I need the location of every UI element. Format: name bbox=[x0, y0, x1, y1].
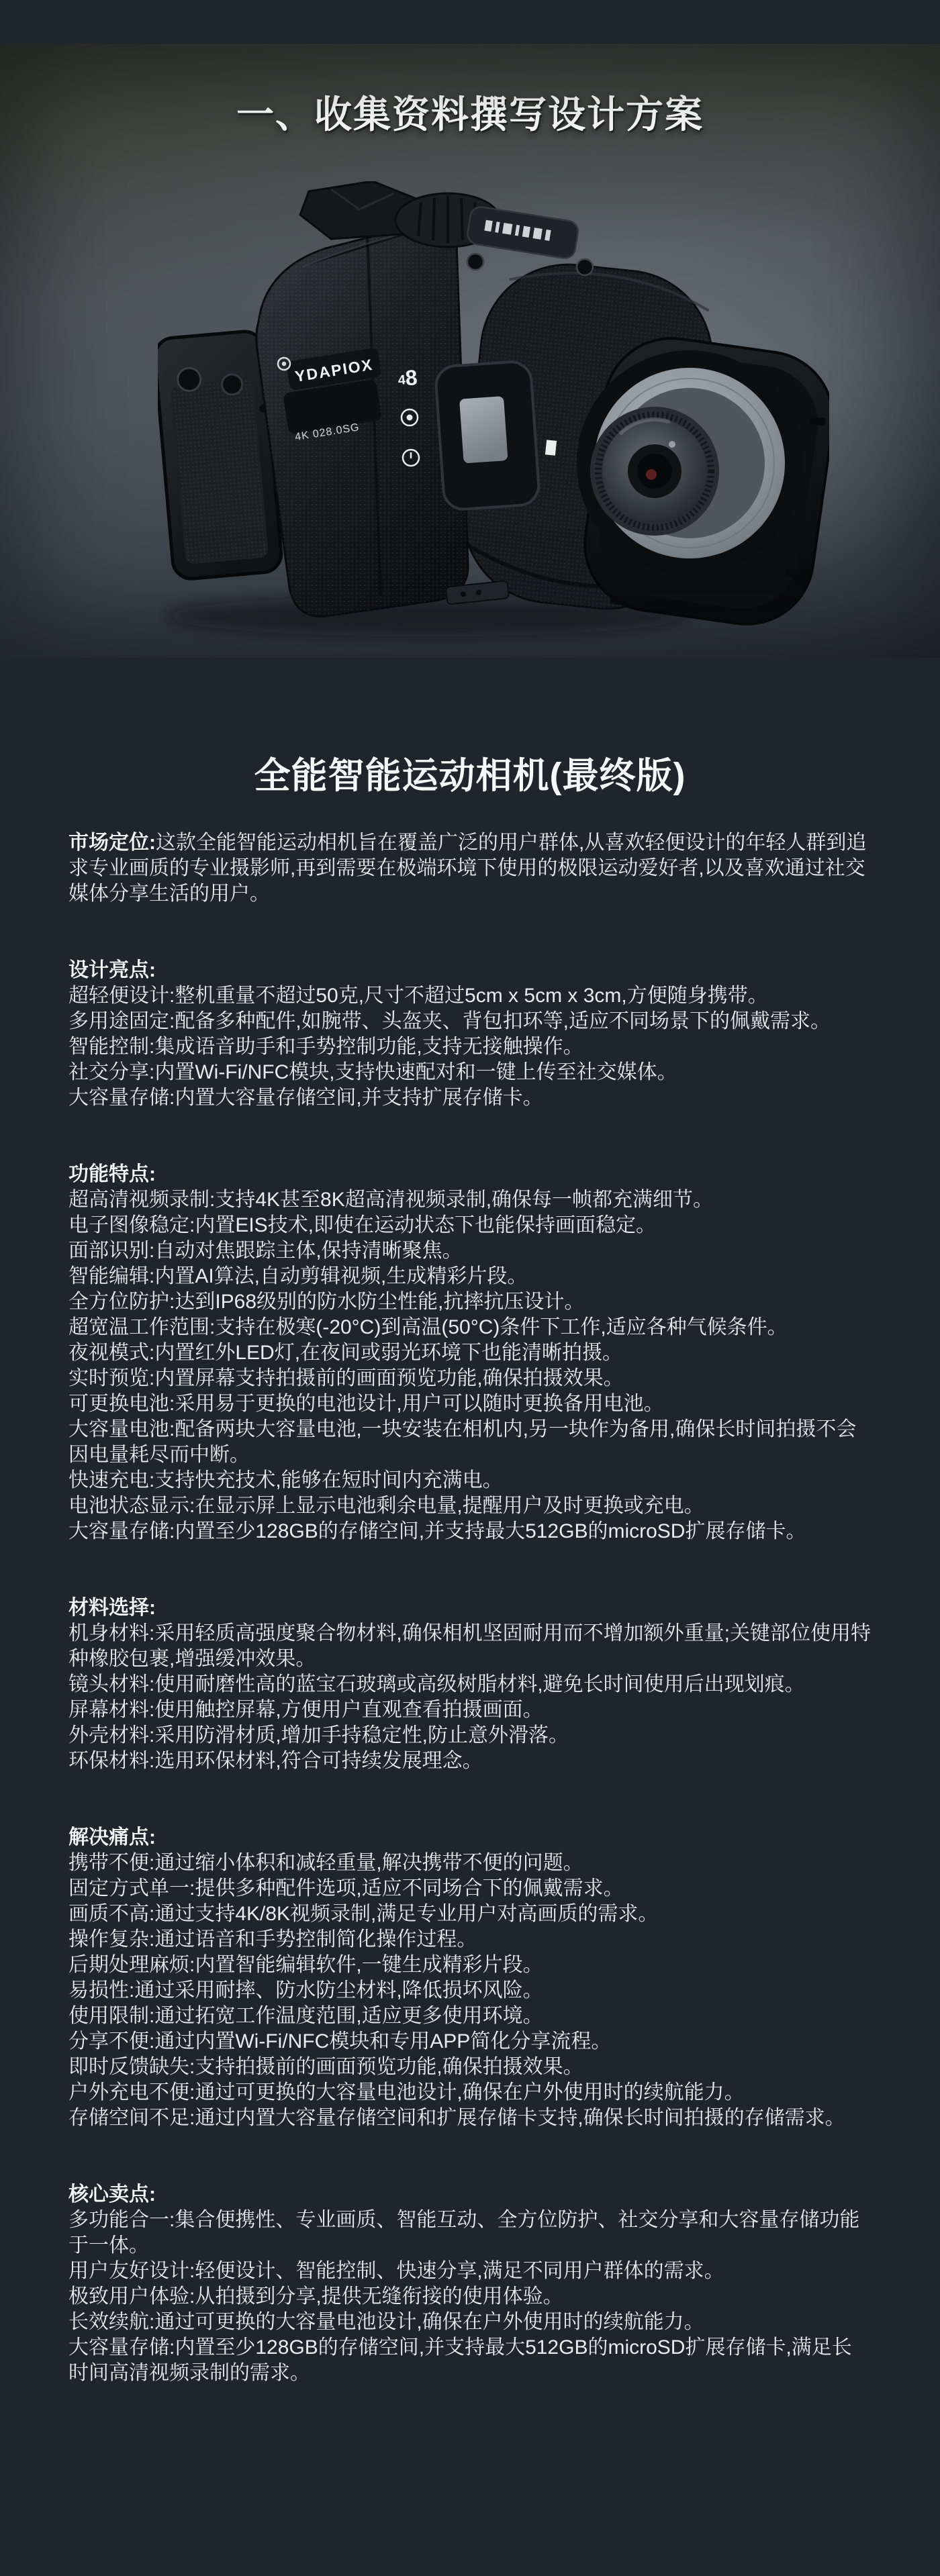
feature-item: 存储空间不足:通过内置大容量存储空间和扩展存储卡支持,确保长时间拍摄的存储需求。 bbox=[68, 2106, 872, 2131]
camera-illustration: YDAPIOX 4K 028.0SG 48 bbox=[158, 181, 829, 651]
feature-item: 易损性:通过采用耐摔、防水防尘材料,降低损坏风险。 bbox=[68, 1978, 872, 2003]
feature-item: 机身材料:采用轻质高强度聚合物材料,确保相机坚固耐用而不增加额外重量;关键部位使… bbox=[68, 1621, 872, 1672]
intro-paragraph: 市场定位:这款全能智能运动相机旨在覆盖广泛的用户群体,从喜欢轻便设计的年轻人群到… bbox=[68, 830, 872, 907]
feature-item: 画质不高:通过支持4K/8K视频录制,满足专业用户对高画质的需求。 bbox=[68, 1901, 872, 1927]
feature-item: 外壳材料:采用防滑材质,增加手持稳定性,防止意外滑落。 bbox=[68, 1723, 872, 1748]
feature-item: 携带不便:通过缩小体积和减轻重量,解决携带不便的问题。 bbox=[68, 1850, 872, 1876]
latch-icon bbox=[545, 440, 557, 455]
page-title: 全能智能运动相机(最终版) bbox=[68, 755, 872, 797]
feature-item: 大容量电池:配备两块大容量电池,一块安装在相机内,另一块作为备用,确保长时间拍摄… bbox=[68, 1417, 872, 1468]
section-items: 多功能合一:集合便携性、专业画质、智能互动、全方位防护、社交分享和大容量存储功能… bbox=[68, 2208, 872, 2386]
feature-item: 后期处理麻烦:内置智能编辑软件,一键生成精彩片段。 bbox=[68, 1952, 872, 1978]
feature-section: 核心卖点: 多功能合一:集合便携性、专业画质、智能互动、全方位防护、社交分享和大… bbox=[68, 2182, 872, 2386]
feature-item: 屏幕材料:使用触控屏幕,方便用户直观查看拍摄画面。 bbox=[68, 1697, 872, 1723]
feature-item: 超高清视频录制:支持4K甚至8K超高清视频录制,确保每一帧都充满细节。 bbox=[68, 1187, 872, 1213]
feature-item: 夜视模式:内置红外LED灯,在夜间或弱光环境下也能清晰拍摄。 bbox=[68, 1340, 872, 1366]
camera-lens-icon bbox=[577, 350, 802, 576]
feature-section: 功能特点: 超高清视频录制:支持4K甚至8K超高清视频录制,确保每一帧都充满细节… bbox=[68, 1162, 872, 1544]
section-items: 携带不便:通过缩小体积和减轻重量,解决携带不便的问题。 固定方式单一:提供多种配… bbox=[68, 1850, 872, 2131]
feature-item: 超轻便设计:整机重量不超过50克,尺寸不超过5cm x 5cm x 3cm,方便… bbox=[68, 983, 872, 1009]
section-heading: 功能特点: bbox=[68, 1162, 872, 1187]
hinge-knob-icon bbox=[221, 374, 243, 396]
feature-item: 电池状态显示:在显示屏上显示电池剩余电量,提醒用户及时更换或充电。 bbox=[68, 1493, 872, 1519]
lens-glint-icon bbox=[646, 469, 657, 480]
feature-item: 用户友好设计:轻便设计、智能控制、快速分享,满足不同用户群体的需求。 bbox=[68, 2259, 872, 2284]
intro-label: 市场定位: bbox=[68, 832, 156, 854]
sections-container: 设计亮点: 超轻便设计:整机重量不超过50克,尺寸不超过5cm x 5cm x … bbox=[68, 958, 872, 2386]
feature-item: 实时预览:内置屏幕支持拍摄前的画面预览功能,确保拍摄效果。 bbox=[68, 1366, 872, 1391]
feature-item: 智能编辑:内置AI算法,自动剪辑视频,生成精彩片段。 bbox=[68, 1264, 872, 1289]
feature-item: 超宽温工作范围:支持在极寒(-20°C)到高温(50°C)条件下工作,适应各种气… bbox=[68, 1315, 872, 1340]
section-heading: 核心卖点: bbox=[68, 2182, 872, 2208]
feature-item: 快速充电:支持快充技术,能够在短时间内充满电。 bbox=[68, 1468, 872, 1493]
feature-item: 大容量存储:内置至少128GB的存储空间,并支持最大512GB的microSD扩… bbox=[68, 2335, 872, 2386]
camera-body bbox=[256, 222, 468, 617]
feature-item: 智能控制:集成语音助手和手势控制功能,支持无接触操作。 bbox=[68, 1034, 872, 1060]
feature-section: 解决痛点: 携带不便:通过缩小体积和减轻重量,解决携带不便的问题。 固定方式单一… bbox=[68, 1825, 872, 2131]
document-body: 全能智能运动相机(最终版) 市场定位:这款全能智能运动相机旨在覆盖广泛的用户群体… bbox=[0, 658, 940, 2386]
section-heading: 解决痛点: bbox=[68, 1825, 872, 1850]
hinge-knob-icon bbox=[177, 367, 201, 392]
feature-item: 可更换电池:采用易于更换的电池设计,用户可以随时更换备用电池。 bbox=[68, 1391, 872, 1417]
section-items: 超高清视频录制:支持4K甚至8K超高清视频录制,确保每一帧都充满细节。 电子图像… bbox=[68, 1187, 872, 1544]
section-heading: 设计亮点: bbox=[68, 958, 872, 983]
feature-item: 环保材料:选用环保材料,符合可持续发展理念。 bbox=[68, 1748, 872, 1774]
screw-icon bbox=[577, 259, 593, 275]
page: { "colors": { "page_bg": "#20242c", "tex… bbox=[0, 0, 940, 2576]
feature-item: 社交分享:内置Wi-Fi/NFC模块,支持快速配对和一键上传至社交媒体。 bbox=[68, 1060, 872, 1085]
feature-item: 镜头材料:使用耐磨性高的蓝宝石玻璃或高级树脂材料,避免长时间使用后出现划痕。 bbox=[68, 1672, 872, 1697]
product-photo: 一、收集资料撰写设计方案 bbox=[0, 44, 940, 658]
feature-item: 面部识别:自动对焦跟踪主体,保持清晰聚焦。 bbox=[68, 1238, 872, 1264]
feature-item: 操作复杂:通过语音和手势控制简化操作过程。 bbox=[68, 1927, 872, 1952]
feature-item: 分享不便:通过内置Wi-Fi/NFC模块和专用APP简化分享流程。 bbox=[68, 2029, 872, 2054]
section-heading: 材料选择: bbox=[68, 1595, 872, 1621]
section-items: 机身材料:采用轻质高强度聚合物材料,确保相机坚固耐用而不增加额外重量;关键部位使… bbox=[68, 1621, 872, 1774]
feature-item: 全方位防护:达到IP68级别的防水防尘性能,抗摔抗压设计。 bbox=[68, 1289, 872, 1315]
camera-viewfinder bbox=[435, 360, 540, 510]
feature-item: 极致用户体验:从拍摄到分享,提供无缝衔接的使用体验。 bbox=[68, 2284, 872, 2310]
feature-item: 使用限制:通过拓宽工作温度范围,适应更多使用环境。 bbox=[68, 2003, 872, 2029]
feature-item: 长效续航:通过可更换的大容量电池设计,确保在户外使用时的续航能力。 bbox=[68, 2310, 872, 2335]
feature-item: 即时反馈缺失:支持拍摄前的画面预览功能,确保拍摄效果。 bbox=[68, 2054, 872, 2080]
intro-text: 这款全能智能运动相机旨在覆盖广泛的用户群体,从喜欢轻便设计的年轻人群到追求专业画… bbox=[68, 832, 866, 905]
feature-item: 户外充电不便:通过可更换的大容量电池设计,确保在户外使用时的续航能力。 bbox=[68, 2080, 872, 2106]
feature-item: 固定方式单一:提供多种配件选项,适应不同场合下的佩戴需求。 bbox=[68, 1876, 872, 1901]
feature-item: 大容量存储:内置大容量存储空间,并支持扩展存储卡。 bbox=[68, 1085, 872, 1111]
feature-item: 电子图像稳定:内置EIS技术,即使在运动状态下也能保持画面稳定。 bbox=[68, 1213, 872, 1238]
feature-section: 材料选择: 机身材料:采用轻质高强度聚合物材料,确保相机坚固耐用而不增加额外重量… bbox=[68, 1595, 872, 1774]
feature-section: 设计亮点: 超轻便设计:整机重量不超过50克,尺寸不超过5cm x 5cm x … bbox=[68, 958, 872, 1111]
section-items: 超轻便设计:整机重量不超过50克,尺寸不超过5cm x 5cm x 3cm,方便… bbox=[68, 983, 872, 1111]
feature-item: 多功能合一:集合便携性、专业画质、智能互动、全方位防护、社交分享和大容量存储功能… bbox=[68, 2208, 872, 2259]
screw-icon bbox=[467, 254, 483, 270]
feature-item: 大容量存储:内置至少128GB的存储空间,并支持最大512GB的microSD扩… bbox=[68, 1519, 872, 1544]
feature-item: 多用途固定:配备多种配件,如腕带、头盔夹、背包扣环等,适应不同场景下的佩戴需求。 bbox=[68, 1009, 872, 1034]
banner-title: 一、收集资料撰写设计方案 bbox=[0, 85, 940, 139]
